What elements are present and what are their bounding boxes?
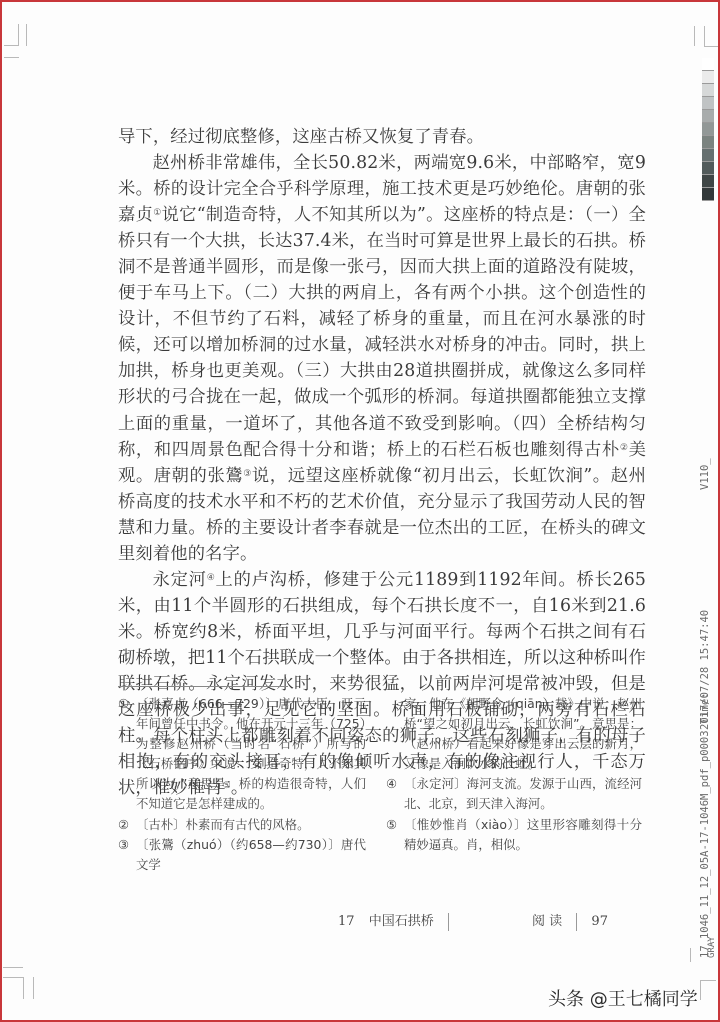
running-footer-left: 17 中国石拱桥 xyxy=(338,910,459,931)
gray-swatch xyxy=(702,123,714,136)
footnote: ③〔张鷟（zhuó）（约658—约730）〕唐代文学 xyxy=(118,835,366,875)
crop-mark-top-left xyxy=(4,57,19,58)
gray-swatch xyxy=(702,136,714,149)
crop-mark-top-left xyxy=(18,24,19,46)
footnote: ②〔古朴〕朴素而有古代的风格。 xyxy=(118,815,366,835)
footnote-text: 家。他在《朝野佥（qiān）载》中说，赵州桥“望之如初月出云，长虹饮涧”。意思是… xyxy=(404,696,642,771)
crop-mark-bottom-left xyxy=(33,977,34,999)
footnote-text: 〔张鷟（zhuó）（约658—约730）〕唐代文学 xyxy=(136,837,366,872)
crop-mark-top-left xyxy=(26,24,27,46)
footnote-ref[interactable]: ③ xyxy=(243,469,252,479)
paragraph: 赵州桥非常雄伟，全长50.82米，两端宽9.6米，中部略窄，宽9米。桥的设计完全… xyxy=(118,150,646,567)
footnotes-right-column: 家。他在《朝野佥（qiān）载》中说，赵州桥“望之如初月出云，长虹饮涧”。意思是… xyxy=(386,694,642,855)
section-label: 阅 读 xyxy=(532,914,562,929)
footnote-divider xyxy=(118,686,288,687)
footnote-number: ③ xyxy=(118,835,129,855)
gray-swatch xyxy=(702,149,714,162)
footnote-text: 〔惟妙惟肖（xiào）〕这里形容雕刻得十分精妙逼真。肖，相似。 xyxy=(404,817,642,852)
lesson-title: 中国石拱桥 xyxy=(369,914,434,929)
crop-mark-bottom-right xyxy=(700,980,701,1000)
paragraph-text: 永定河 xyxy=(153,570,207,590)
watermark: 头条 @王七橘同学 xyxy=(548,985,698,1011)
gray-swatch xyxy=(702,58,714,71)
footnote-text: 〔张嘉贞（666—729）〕唐代大臣，开元年间曾任中书令。他在开元十三年（725… xyxy=(136,696,366,811)
footnote: ④〔永定河〕海河支流。发源于山西，流经河北、北京，到天津入海河。 xyxy=(386,774,642,814)
crop-mark-top-left xyxy=(4,45,19,46)
print-version: V110_ xyxy=(699,458,711,490)
footnote: ①〔张嘉贞（666—729）〕唐代大臣，开元年间曾任中书令。他在开元十三年（72… xyxy=(118,694,366,815)
gray-swatch xyxy=(702,162,714,175)
print-file-info: 17_1046_11_12_05A-17-1046M_pdf_p0003 Tim… xyxy=(699,692,711,958)
footnote-ref[interactable]: ④ xyxy=(207,573,216,583)
footnote-text: 〔古朴〕朴素而有古代的风格。 xyxy=(136,817,309,832)
footnote-text: 〔永定河〕海河支流。发源于山西，流经河北、北京，到天津入海河。 xyxy=(404,776,642,811)
print-color-mode: GRAY xyxy=(707,936,717,958)
footnotes-left-column: ①〔张嘉贞（666—729）〕唐代大臣，开元年间曾任中书令。他在开元十三年（72… xyxy=(118,694,366,875)
footnote-number: ⑤ xyxy=(386,815,397,835)
footer-separator xyxy=(576,913,577,931)
paragraph-text: 说它“制造奇特，人不知其所以为”。这座桥的特点是：（一）全桥只有一个大拱，长达3… xyxy=(118,205,646,459)
footnote-ref[interactable]: ② xyxy=(620,443,629,453)
footer-separator xyxy=(448,913,449,931)
crop-mark-top-right xyxy=(704,26,705,46)
crop-mark-top-right xyxy=(694,26,695,46)
footnote-number: ① xyxy=(118,694,129,714)
gray-swatch xyxy=(702,188,714,201)
crop-mark-bottom-left xyxy=(3,977,23,978)
page-number: 97 xyxy=(591,914,608,929)
paragraph: 导下，经过彻底整修，这座古桥又恢复了青春。 xyxy=(118,124,646,150)
gray-swatch xyxy=(702,97,714,110)
gray-scale-bar xyxy=(702,58,714,201)
footnote-number: ④ xyxy=(386,774,397,794)
crop-mark-bottom-left xyxy=(23,977,24,999)
gray-swatch xyxy=(702,84,714,97)
crop-mark-bottom-right xyxy=(700,980,716,981)
gray-swatch xyxy=(702,175,714,188)
crop-mark-bottom-left xyxy=(3,967,23,968)
lesson-number: 17 xyxy=(338,914,355,929)
gray-swatch xyxy=(702,71,714,84)
running-footer-right: 阅 读 97 xyxy=(532,910,608,931)
footnote-number: ② xyxy=(118,815,129,835)
footnote: 家。他在《朝野佥（qiān）载》中说，赵州桥“望之如初月出云，长虹饮涧”。意思是… xyxy=(386,694,642,774)
crop-mark-bottom-right xyxy=(690,948,691,962)
gray-swatch xyxy=(702,110,714,123)
footnote: ⑤〔惟妙惟肖（xiào）〕这里形容雕刻得十分精妙逼真。肖，相似。 xyxy=(386,815,642,855)
footnote-ref[interactable]: ① xyxy=(153,208,161,218)
crop-mark-top-right xyxy=(704,46,718,47)
paragraph-text: 导下，经过彻底整修，这座古桥又恢复了青春。 xyxy=(118,127,484,147)
